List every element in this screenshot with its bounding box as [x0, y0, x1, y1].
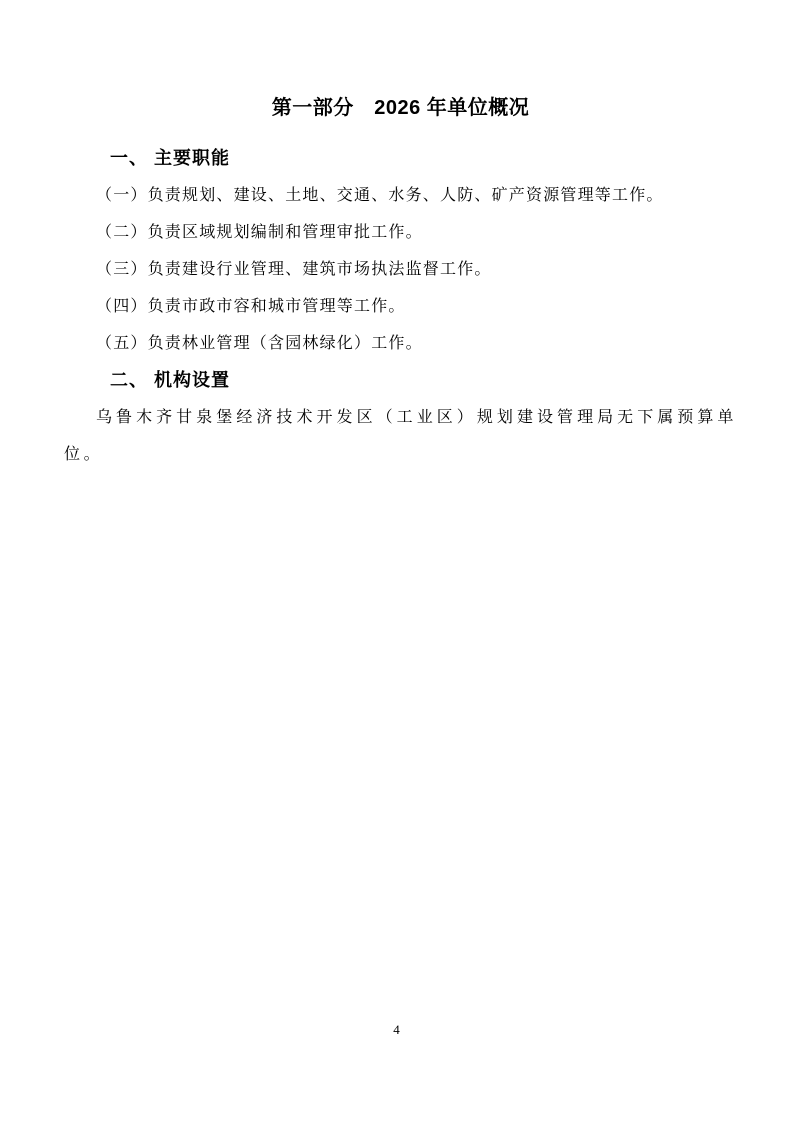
duty-item-3: （三）负责建设行业管理、建筑市场执法监督工作。 — [64, 251, 737, 288]
organization-paragraph: 乌鲁木齐甘泉堡经济技术开发区（工业区）规划建设管理局无下属预算单位。 — [64, 399, 737, 473]
section-heading-organization: 二、 机构设置 — [64, 362, 737, 399]
section-heading-main-duties: 一、 主要职能 — [64, 140, 737, 177]
document-title: 第一部分 2026 年单位概况 — [64, 94, 737, 122]
duty-item-1: （一）负责规划、建设、土地、交通、水务、人防、矿产资源管理等工作。 — [64, 177, 737, 214]
document-page: 第一部分 2026 年单位概况 一、 主要职能 （一）负责规划、建设、土地、交通… — [0, 0, 793, 1122]
page-content: 第一部分 2026 年单位概况 一、 主要职能 （一）负责规划、建设、土地、交通… — [0, 0, 793, 473]
duty-item-5: （五）负责林业管理（含园林绿化）工作。 — [64, 325, 737, 362]
page-number: 4 — [0, 1022, 793, 1038]
duty-item-4: （四）负责市政市容和城市管理等工作。 — [64, 288, 737, 325]
duty-item-2: （二）负责区域规划编制和管理审批工作。 — [64, 214, 737, 251]
